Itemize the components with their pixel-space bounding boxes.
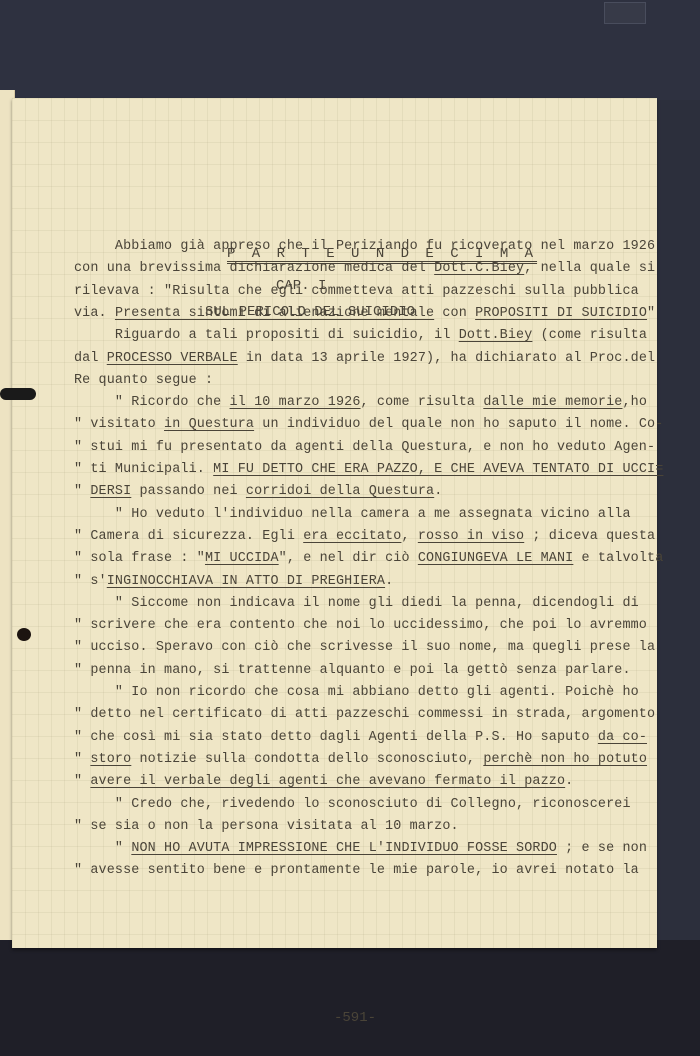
text-line: dal PROCESSO VERBALE in data 13 aprile 1… [74,348,655,370]
text-segment: " [647,306,655,321]
document-page: P A R T E U N D E C I M A CAP. I SUL PER… [12,98,657,948]
archive-stamp [604,2,646,24]
text-segment: " Ho veduto l'individuo nella camera a m… [74,507,631,522]
text-segment: " Camera di sicurezza. Egli [74,529,303,544]
underlined-phrase: Dott.Biey [459,328,533,343]
underlined-phrase: CONGIUNGEVA LE MANI [418,551,574,566]
text-line: " visitato in Questura un individuo del … [74,414,663,436]
underlined-phrase: MI UCCIDA [205,551,279,566]
text-segment: " ucciso. Speravo con ciò che scrivesse … [74,640,655,655]
background-top [0,0,700,100]
text-segment: Abbiamo già appreso che il Periziando fu… [74,239,655,254]
text-line: Re quanto segue : [74,370,213,392]
text-segment: ", e nel dir ciò [279,551,418,566]
text-line: " sola frase : "MI UCCIDA", e nel dir ci… [74,548,663,570]
text-line: " Siccome non indicava il nome gli diedi… [74,593,639,615]
text-segment: " [74,841,131,856]
text-line: via. Presenta sintomi di alienazione men… [74,303,655,325]
underlined-phrase: storo [90,752,131,767]
text-line: " Io non ricordo che cosa mi abbiano det… [74,682,639,704]
punch-hole [17,628,31,641]
text-segment: " che così mi sia stato detto dagli Agen… [74,730,598,745]
underlined-phrase: NON HO AVUTA IMPRESSIONE CHE L'INDIVIDUO… [131,841,557,856]
text-segment: (come risulta [532,328,647,343]
text-line: con una brevissima dichiarazione medica … [74,258,655,280]
text-segment: " avesse sentito bene e prontamente le m… [74,863,639,878]
text-segment: " scrivere che era contento che noi lo u… [74,618,647,633]
underlined-phrase: avere il verbale degli agenti che avevan… [90,774,565,789]
text-segment: ,ho [622,395,647,410]
text-line: " penna in mano, si trattenne alquanto e… [74,660,631,682]
underlined-phrase: Dott.C.Biey [434,261,524,276]
text-line: " Camera di sicurezza. Egli era eccitato… [74,526,655,548]
underlined-phrase: Presenta sintomi di alienazione mentale [115,306,434,321]
text-segment: " se sia o non la persona visitata al 10… [74,819,459,834]
text-segment: , nella quale si [524,261,655,276]
binding-string [0,388,36,400]
text-segment: " Io non ricordo che cosa mi abbiano det… [74,685,639,700]
text-segment: . [385,574,393,589]
text-segment: dal [74,351,107,366]
text-line: Riguardo a tali propositi di suicidio, i… [74,325,647,347]
text-segment: notizie sulla condotta dello sconosciuto… [131,752,483,767]
text-segment: " ti Municipali. [74,462,213,477]
underlined-phrase: dalle mie memorie [483,395,622,410]
text-segment: , [401,529,417,544]
text-line: " ucciso. Speravo con ciò che scrivesse … [74,637,655,659]
text-segment: Re quanto segue : [74,373,213,388]
underlined-phrase: perchè non ho potuto [483,752,647,767]
underlined-phrase: in Questura [164,417,254,432]
text-segment: passando nei [131,484,246,499]
underlined-phrase: corridoi della Questura [246,484,434,499]
text-line: " s'INGINOCCHIAVA IN ATTO DI PREGHIERA. [74,571,393,593]
underlined-phrase: DERSI [90,484,131,499]
text-segment: " stui mi fu presentato da agenti della … [74,440,655,455]
text-line: " avesse sentito bene e prontamente le m… [74,860,639,882]
text-line: " se sia o non la persona visitata al 10… [74,816,459,838]
underlined-phrase: INGINOCCHIAVA IN ATTO DI PREGHIERA [107,574,385,589]
text-segment: " [74,774,90,789]
text-segment: in data 13 aprile 1927), ha dichiarato a… [238,351,655,366]
text-line: " Ricordo che il 10 marzo 1926, come ris… [74,392,647,414]
text-line: " scrivere che era contento che noi lo u… [74,615,647,637]
text-segment: " [74,484,90,499]
text-segment: " Siccome non indicava il nome gli diedi… [74,596,639,611]
text-line: rilevava : "Risulta che egli commetteva … [74,281,639,303]
text-line: " avere il verbale degli agenti che avev… [74,771,573,793]
text-segment: " [74,752,90,767]
underlined-phrase: rosso in viso [418,529,524,544]
text-segment: Riguardo a tali propositi di suicidio, i… [74,328,459,343]
underlined-phrase: il 10 marzo 1926 [230,395,361,410]
text-segment: un individuo del quale non ho saputo il … [254,417,663,432]
text-segment: . [434,484,442,499]
text-segment: e talvolta [573,551,663,566]
text-line: " detto nel certificato di atti pazzesch… [74,704,655,726]
text-segment: rilevava : "Risulta che egli commetteva … [74,284,639,299]
text-segment: ; e se non [557,841,647,856]
text-segment: " s' [74,574,107,589]
text-line: Abbiamo già appreso che il Periziando fu… [74,236,655,258]
text-line: " Credo che, rivedendo lo sconosciuto di… [74,794,631,816]
text-segment: con una brevissima dichiarazione medica … [74,261,434,276]
underlined-phrase: PROPOSITI DI SUICIDIO [475,306,647,321]
text-line: " DERSI passando nei corridoi della Ques… [74,481,442,503]
text-segment: " visitato [74,417,164,432]
text-line: " ti Municipali. MI FU DETTO CHE ERA PAZ… [74,459,663,481]
underlined-phrase: PROCESSO VERBALE [107,351,238,366]
text-line: " che così mi sia stato detto dagli Agen… [74,727,647,749]
text-segment: " Credo che, rivedendo lo sconosciuto di… [74,797,631,812]
text-segment: . [565,774,573,789]
text-line: " stui mi fu presentato da agenti della … [74,437,655,459]
text-segment: " Ricordo che [74,395,230,410]
underlined-phrase: MI FU DETTO CHE ERA PAZZO, E CHE AVEVA T… [213,462,663,477]
text-segment: , come risulta [361,395,484,410]
page-number: -591- [334,1010,376,1026]
text-segment: " sola frase : " [74,551,205,566]
underlined-phrase: da co- [598,730,647,745]
text-segment: con [434,306,475,321]
text-line: " storo notizie sulla condotta dello sco… [74,749,647,771]
text-segment: " penna in mano, si trattenne alquanto e… [74,663,631,678]
background-bottom [0,940,700,1056]
text-segment: ; diceva questa [524,529,655,544]
underlined-phrase: era eccitato [303,529,401,544]
text-segment: via. [74,306,115,321]
text-line: " Ho veduto l'individuo nella camera a m… [74,504,631,526]
text-segment: " detto nel certificato di atti pazzesch… [74,707,655,722]
text-line: " NON HO AVUTA IMPRESSIONE CHE L'INDIVID… [74,838,647,860]
